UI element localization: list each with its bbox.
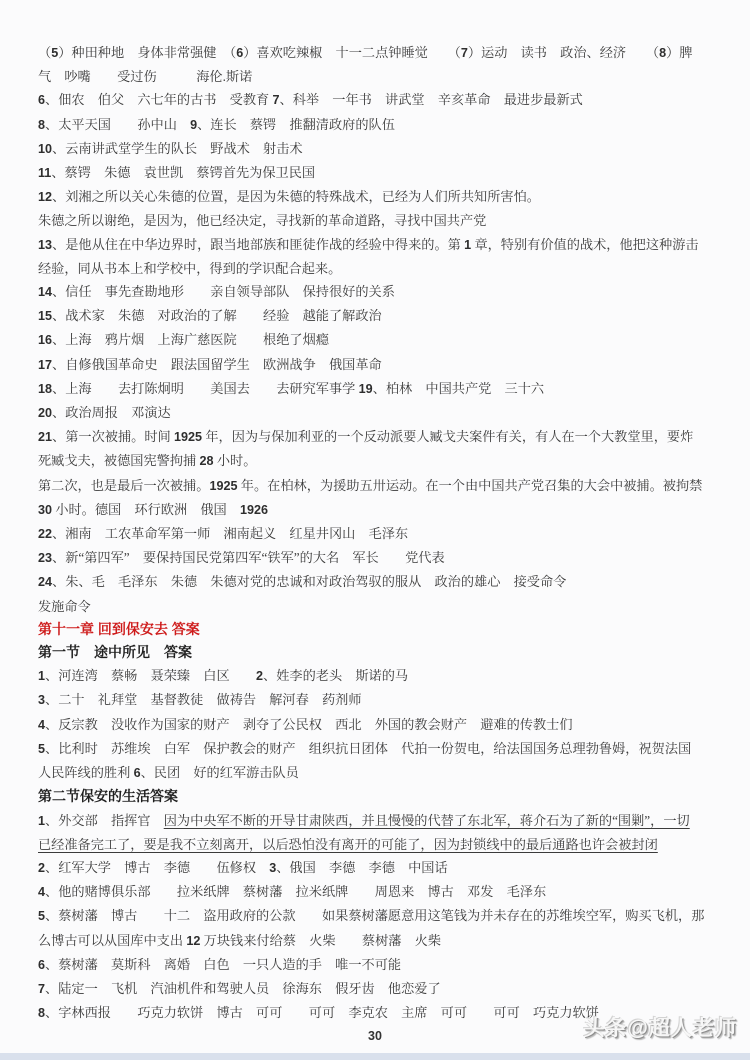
section-heading: 第二节保安的生活答案	[38, 785, 716, 808]
text-line: 18、上海 去打陈炯明 美国去 去研究军事学 19、柏林 中国共产党 三十六	[38, 377, 716, 401]
numeral: 1	[464, 238, 471, 252]
text-line: 死臧戈夫，被德国宪警拘捕 28 小时。	[38, 449, 716, 473]
text-line: （5）种田种地 身体非常强健 （6）喜欢吃辣椒 十一二点钟睡觉 （7）运动 读书…	[38, 41, 716, 65]
numeral: 4	[38, 718, 45, 732]
line-text: 21、第一次被捕。时间 1925 年，因为与保加利亚的一个反动派要人臧戈夫案件有…	[38, 429, 693, 444]
text-line: 4、他的赌博俱乐部 拉米纸牌 蔡树藩 拉米纸牌 周恩来 博古 邓发 毛泽东	[38, 880, 716, 904]
text-line: 人民阵线的胜利 6、民团 好的红军游击队员	[38, 761, 716, 785]
text-line: 23、新“第四军” 要保持国民党第四军“铁军”的大名 军长 党代表	[38, 546, 716, 570]
text-line: 么博古可以从国库中支出 12 万块钱来付给蔡 火柴 蔡树藩 火柴	[38, 929, 716, 953]
line-text: 16、上海 鸦片烟 上海广慈医院 根绝了烟瘾	[38, 332, 329, 347]
numeral: 9	[190, 118, 197, 132]
line-text: 1、河连湾 蔡畅 聂荣臻 白区 2、姓李的老头 斯诺的马	[38, 668, 408, 683]
numeral: 6	[38, 958, 45, 972]
line-text: 死臧戈夫，被德国宪警拘捕 28 小时。	[38, 453, 256, 468]
line-text: 3、二十 礼拜堂 基督教徒 做祷告 解河春 药剂师	[38, 692, 362, 707]
numeral: 14	[38, 285, 52, 299]
numeral: 4	[38, 885, 45, 899]
numeral: 20	[38, 406, 52, 420]
text-line: 21、第一次被捕。时间 1925 年，因为与保加利亚的一个反动派要人臧戈夫案件有…	[38, 425, 716, 449]
text-line: 发施命令	[38, 595, 716, 618]
line-text: （5）种田种地 身体非常强健 （6）喜欢吃辣椒 十一二点钟睡觉 （7）运动 读书…	[38, 45, 692, 60]
text-line: 8、太平天国 孙中山 9、连长 蔡锷 推翻清政府的队伍	[38, 113, 716, 137]
numeral: 7	[461, 46, 468, 60]
numeral: 12	[186, 934, 200, 948]
line-text: 18、上海 去打陈炯明 美国去 去研究军事学 19、柏林 中国共产党 三十六	[38, 381, 544, 396]
line-text: 第十一章 回到保安去 答案	[38, 621, 200, 637]
text-line: 5、蔡树藩 博古 十二 盗用政府的公款 如果蔡树藩愿意用这笔钱为并未存在的苏维埃…	[38, 904, 716, 928]
line-text: 30 小时。德国 环行欧洲 俄国 1926	[38, 502, 268, 517]
text-line: 24、朱、毛 毛泽东 朱德 朱德对党的忠诚和对政治驾驭的服从 政治的雄心 接受命…	[38, 570, 716, 594]
line-text: 人民阵线的胜利 6、民团 好的红军游击队员	[38, 765, 299, 780]
text-line: 气 吵嘴 受过伤 海伦.斯诺	[38, 65, 716, 88]
numeral: 1925	[209, 479, 237, 493]
numeral: 6	[134, 766, 141, 780]
numeral: 10	[38, 142, 52, 156]
numeral: 16	[38, 333, 52, 347]
text-line: 3、二十 礼拜堂 基督教徒 做祷告 解河春 药剂师	[38, 688, 716, 712]
line-text: 6、蔡树藩 莫斯科 离婚 白色 一只人造的手 唯一不可能	[38, 957, 401, 972]
numeral: 5	[38, 909, 45, 923]
text-line: 1、河连湾 蔡畅 聂荣臻 白区 2、姓李的老头 斯诺的马	[38, 664, 716, 688]
line-text: 2、红军大学 博古 李德 伍修权 3、俄国 李德 李德 中国话	[38, 860, 448, 875]
text-line: 16、上海 鸦片烟 上海广慈医院 根绝了烟瘾	[38, 328, 716, 352]
text-line: 5、比利时 苏维埃 白军 保护教会的财产 组织抗日团体 代拍一份贺电，给法国国务…	[38, 737, 716, 761]
numeral: 3	[38, 693, 45, 707]
numeral: 6	[236, 46, 243, 60]
numeral: 8	[38, 118, 45, 132]
numeral: 1	[38, 814, 45, 828]
chapter-heading: 第十一章 回到保安去 答案	[38, 618, 716, 641]
numeral: 12	[38, 190, 52, 204]
line-text: 23、新“第四军” 要保持国民党第四军“铁军”的大名 军长 党代表	[38, 550, 445, 565]
line-text: 22、湘南 工农革命军第一师 湘南起义 红星井冈山 毛泽东	[38, 526, 408, 541]
text-line: 6、蔡树藩 莫斯科 离婚 白色 一只人造的手 唯一不可能	[38, 953, 716, 977]
numeral: 21	[38, 430, 52, 444]
numeral: 7	[273, 93, 280, 107]
numeral: 7	[38, 982, 45, 996]
line-text: 24、朱、毛 毛泽东 朱德 朱德对党的忠诚和对政治驾驭的服从 政治的雄心 接受命…	[38, 574, 566, 589]
numeral: 17	[38, 358, 52, 372]
numeral: 1925	[174, 430, 202, 444]
numeral: 2	[256, 669, 263, 683]
line-text: 第二节保安的生活答案	[38, 788, 178, 804]
line-text: 20、政治周报 邓演达	[38, 405, 171, 420]
text-line: 30 小时。德国 环行欧洲 俄国 1926	[38, 498, 716, 522]
watermark: 头条@超人老师	[584, 1012, 737, 1042]
line-text: 6、佃农 伯父 六七年的古书 受教育 7、科举 一年书 讲武堂 辛亥革命 最进步…	[38, 92, 583, 107]
text-line: 22、湘南 工农革命军第一师 湘南起义 红星井冈山 毛泽东	[38, 522, 716, 546]
text-line: 20、政治周报 邓演达	[38, 401, 716, 425]
text-line: 15、战术家 朱德 对政治的了解 经验 越能了解政治	[38, 304, 716, 328]
numeral: 13	[38, 238, 52, 252]
numeral: 19	[359, 382, 373, 396]
text-line: 7、陆定一 飞机 汽油机件和驾驶人员 徐海东 假牙齿 他恋爱了	[38, 977, 716, 1001]
text-line: 朱德之所以谢绝，是因为，他已经决定，寻找新的革命道路，寻找中国共产党	[38, 209, 716, 232]
text-line: 14、信任 事先查勘地形 亲自领导部队 保持很好的关系	[38, 280, 716, 304]
numeral: 8	[659, 46, 666, 60]
line-text: 5、比利时 苏维埃 白军 保护教会的财产 组织抗日团体 代拍一份贺电，给法国国务…	[38, 741, 691, 756]
numeral: 1	[38, 669, 45, 683]
numeral: 5	[38, 742, 45, 756]
line-text: 经验，同从书本上和学校中，得到的学识配合起来。	[38, 261, 341, 276]
line-text: 8、太平天国 孙中山 9、连长 蔡锷 推翻清政府的队伍	[38, 117, 395, 132]
line-text: 气 吵嘴 受过伤 海伦.斯诺	[38, 69, 252, 84]
line-text: 11、蔡锷 朱德 袁世凯 蔡锷首先为保卫民国	[38, 165, 315, 180]
text-line: 13、是他从住在中华边界时，跟当地部族和匪徒作战的经验中得来的。第 1 章，特别…	[38, 233, 716, 257]
section-heading: 第一节 途中所见 答案	[38, 641, 716, 664]
numeral: 8	[38, 1006, 45, 1020]
numeral: 23	[38, 551, 52, 565]
line-text: 第二次，也是最后一次被捕。1925 年。在柏林，为援助五卅运动。在一个由中国共产…	[38, 478, 702, 493]
numeral: 30	[38, 503, 52, 517]
line-text: 朱德之所以谢绝，是因为，他已经决定，寻找新的革命道路，寻找中国共产党	[38, 213, 486, 228]
scanned-document-page: { "page": { "number": "30", "watermark":…	[0, 0, 750, 1060]
text-line: 4、反宗教 没收作为国家的财产 剥夺了公民权 西北 外国的教会财产 避难的传教士…	[38, 713, 716, 737]
line-text: 第一节 途中所见 答案	[38, 644, 192, 660]
text-line: 6、佃农 伯父 六七年的古书 受教育 7、科举 一年书 讲武堂 辛亥革命 最进步…	[38, 88, 716, 112]
numeral: 15	[38, 309, 52, 323]
text-line: 经验，同从书本上和学校中，得到的学识配合起来。	[38, 257, 716, 280]
line-text: 1、外交部 指挥官	[38, 813, 164, 828]
line-text: 5、蔡树藩 博古 十二 盗用政府的公款 如果蔡树藩愿意用这笔钱为并未存在的苏维埃…	[38, 908, 704, 923]
line-text: 15、战术家 朱德 对政治的了解 经验 越能了解政治	[38, 308, 382, 323]
line-text: 12、刘湘之所以关心朱德的位置，是因为朱德的特殊战术，已经为人们所共知所害怕。	[38, 189, 540, 204]
numeral: 22	[38, 527, 52, 541]
text-line: 第二次，也是最后一次被捕。1925 年。在柏林，为援助五卅运动。在一个由中国共产…	[38, 474, 716, 498]
line-text: 8、字林西报 巧克力软饼 博古 可可 可可 李克农 主席 可可 可可 巧克力软饼	[38, 1005, 599, 1020]
numeral: 3	[269, 861, 276, 875]
text-line: 11、蔡锷 朱德 袁世凯 蔡锷首先为保卫民国	[38, 161, 716, 185]
line-text: 14、信任 事先查勘地形 亲自领导部队 保持很好的关系	[38, 284, 395, 299]
text-line: 已经准备完工了，要是我不立刻离开，以后恐怕没有离开的可能了，因为封锁线中的最后通…	[38, 833, 716, 856]
numeral: 5	[51, 46, 58, 60]
line-text: 7、陆定一 飞机 汽油机件和驾驶人员 徐海东 假牙齿 他恋爱了	[38, 981, 441, 996]
line-text: 13、是他从住在中华边界时，跟当地部族和匪徒作战的经验中得来的。第 1 章，特别…	[38, 237, 699, 252]
line-text: 发施命令	[38, 599, 91, 614]
text-line: 17、自修俄国革命史 跟法国留学生 欧洲战争 俄国革命	[38, 353, 716, 377]
line-text: 10、云南讲武堂学生的队长 野战术 射击术	[38, 141, 303, 156]
bottom-strip	[0, 1053, 750, 1060]
line-text: 4、反宗教 没收作为国家的财产 剥夺了公民权 西北 外国的教会财产 避难的传教士…	[38, 717, 573, 732]
text-line: 1、外交部 指挥官 因为中央军不断的开导甘肃陕西，并且慢慢的代替了东北军，蒋介石…	[38, 809, 716, 833]
numeral: 1926	[240, 503, 268, 517]
numeral: 2	[38, 861, 45, 875]
numeral: 24	[38, 575, 52, 589]
line-text: 4、他的赌博俱乐部 拉米纸牌 蔡树藩 拉米纸牌 周恩来 博古 邓发 毛泽东	[38, 884, 546, 899]
text-line: 2、红军大学 博古 李德 伍修权 3、俄国 李德 李德 中国话	[38, 856, 716, 880]
line-text: 么博古可以从国库中支出 12 万块钱来付给蔡 火柴 蔡树藩 火柴	[38, 933, 441, 948]
text-line: 12、刘湘之所以关心朱德的位置，是因为朱德的特殊战术，已经为人们所共知所害怕。	[38, 185, 716, 209]
numeral: 18	[38, 382, 52, 396]
underlined-answer-text: 已经准备完工了，要是我不立刻离开，以后恐怕没有离开的可能了，因为封锁线中的最后通…	[38, 837, 658, 852]
numeral: 11	[38, 166, 51, 180]
numeral: 28	[200, 454, 214, 468]
document-body: （5）种田种地 身体非常强健 （6）喜欢吃辣椒 十一二点钟睡觉 （7）运动 读书…	[0, 0, 750, 1025]
text-line: 10、云南讲武堂学生的队长 野战术 射击术	[38, 137, 716, 161]
numeral: 6	[38, 93, 45, 107]
line-text: 17、自修俄国革命史 跟法国留学生 欧洲战争 俄国革命	[38, 357, 382, 372]
underlined-answer-text: 因为中央军不断的开导甘肃陕西，并且慢慢的代替了东北军，蒋介石为了新的“围剿”，一…	[164, 813, 690, 828]
